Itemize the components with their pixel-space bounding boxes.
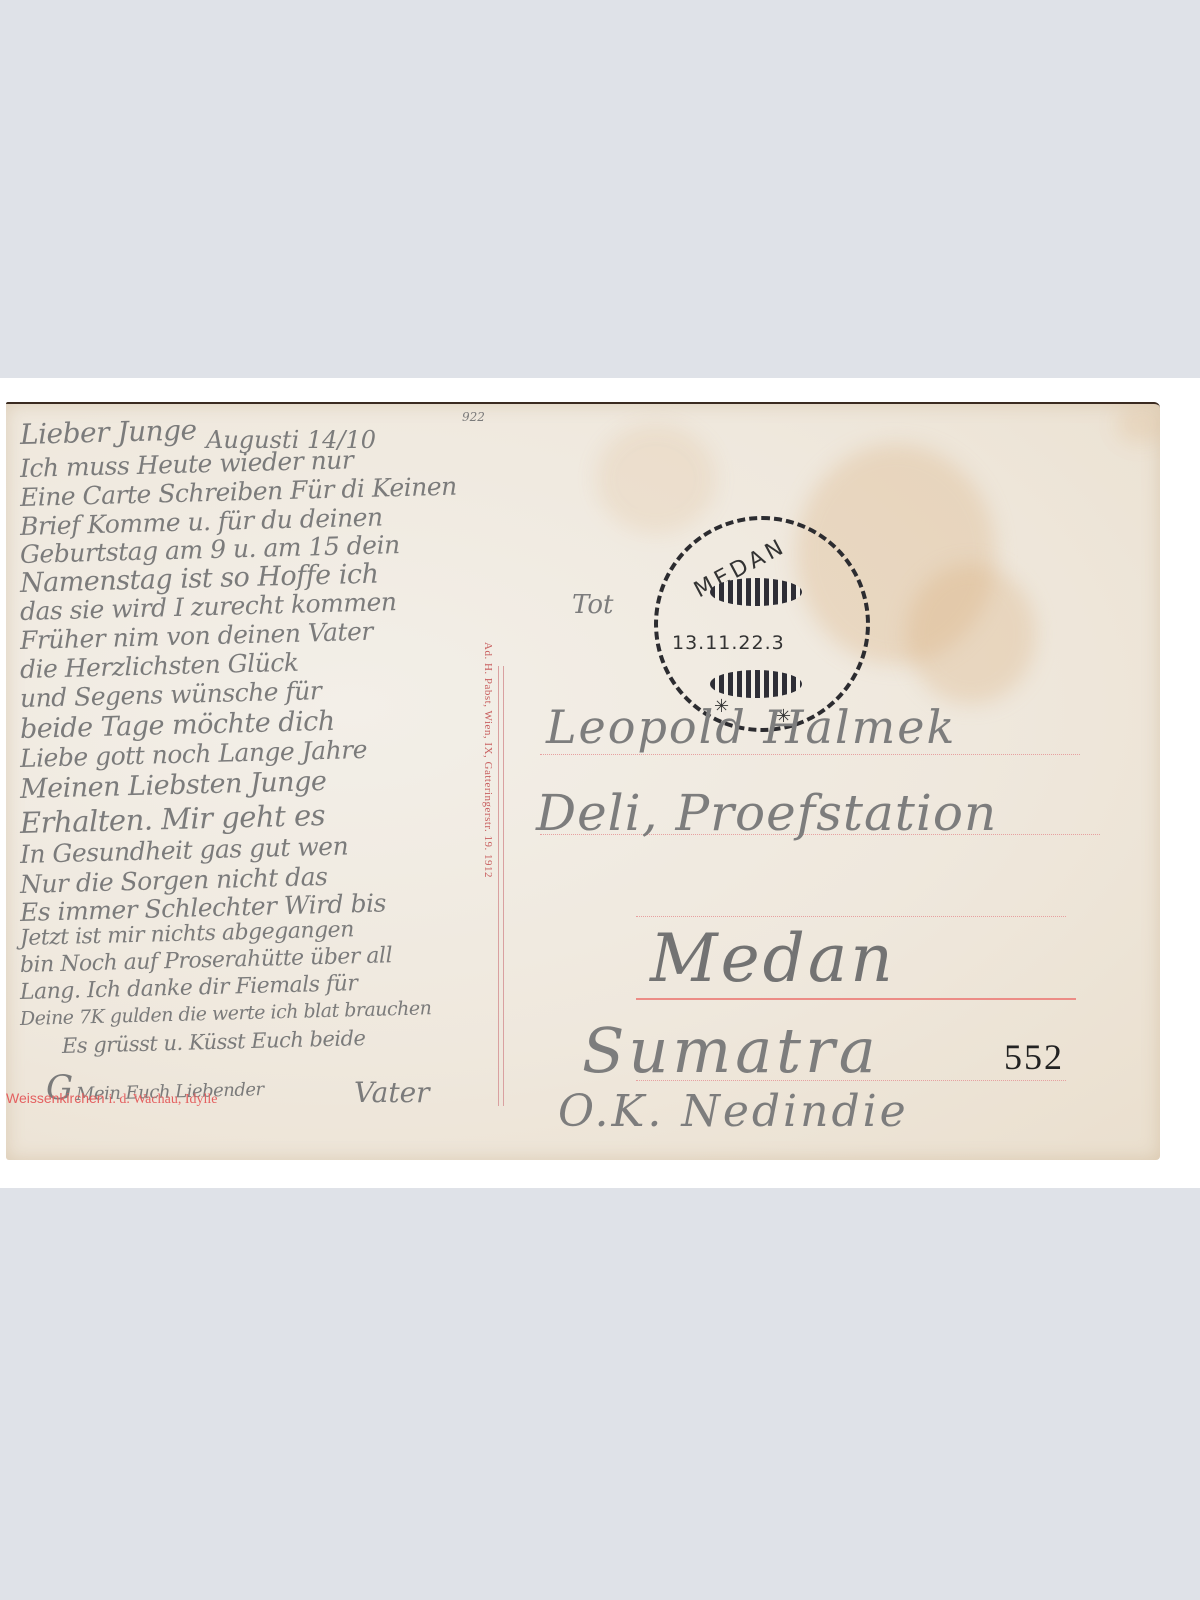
postcard: Lieber Junge Augusti 14/10 922 Ich muss …	[6, 402, 1160, 1160]
address-line-institution: Deli, Proefstation	[536, 784, 997, 842]
year-note: 922	[462, 410, 485, 424]
caption-place: Weissenkirchen	[6, 1090, 105, 1106]
postmark-bar	[710, 578, 802, 606]
address-rule	[636, 916, 1066, 917]
stain	[906, 564, 1036, 704]
stain	[596, 424, 716, 534]
divider-line	[498, 666, 499, 1106]
address-line-island: Sumatra	[582, 1014, 880, 1087]
address-prefix: Tot	[572, 590, 613, 620]
postmark-date: 13.11.22.3	[672, 632, 785, 654]
stain	[1116, 404, 1160, 444]
postmark-bar	[710, 670, 802, 698]
address-line-country: O.K. Nedindie	[558, 1086, 909, 1137]
address-rule	[540, 754, 1080, 755]
caption-detail: i. d. Wachau, Idylle	[108, 1092, 217, 1107]
signature: Vater	[354, 1076, 430, 1109]
printed-caption: Weissenkirchen i. d. Wachau, Idylle	[6, 1090, 217, 1108]
address-line-city: Medan	[650, 920, 896, 997]
address-line-name: Leopold Halmek	[546, 700, 956, 754]
address-underline	[636, 998, 1076, 1000]
publisher-imprint: Ad. H. Pabst, Wien, IX, Gatteringerstr. …	[482, 642, 494, 878]
message-line: Es grüsst u. Küsst Euch beide	[62, 1026, 366, 1058]
greeting: Lieber Junge	[20, 413, 197, 451]
divider-line	[503, 666, 504, 1106]
catalog-number: 552	[1004, 1036, 1064, 1078]
